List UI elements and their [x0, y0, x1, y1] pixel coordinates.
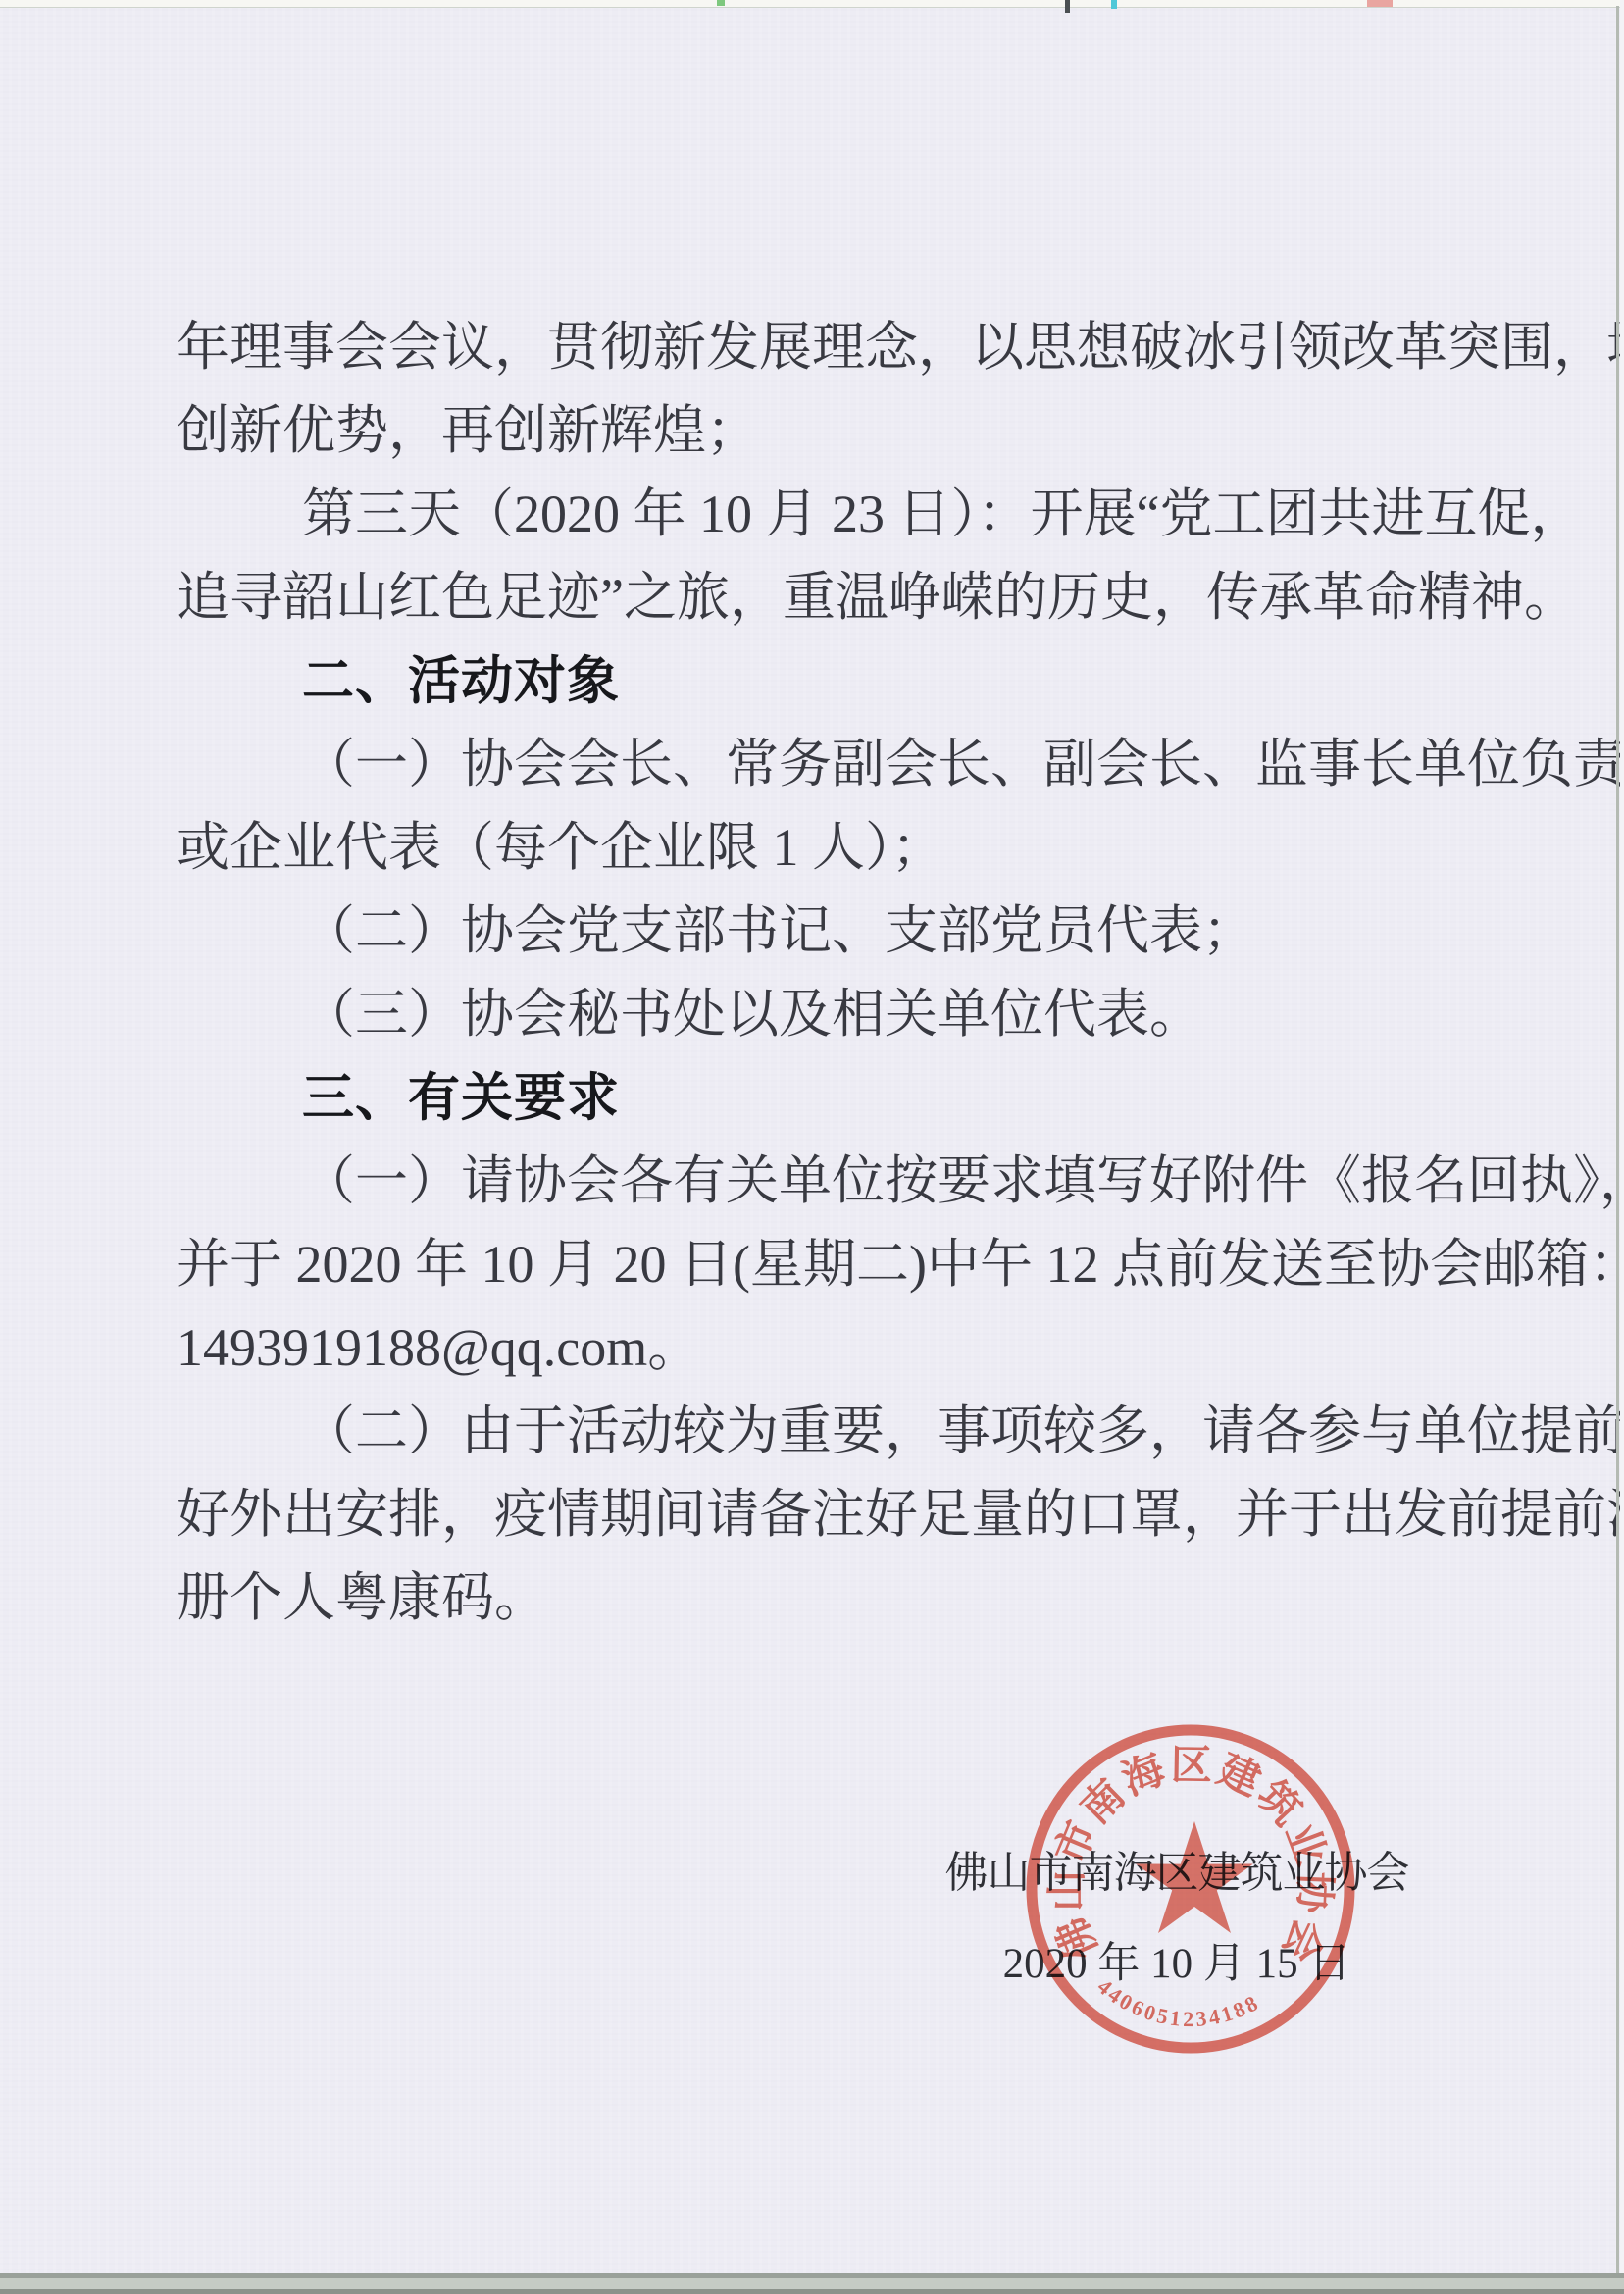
document-text-line: 第三天（2020 年 10 月 23 日）：开展“党工团共进互促，: [177, 473, 1461, 556]
document-text-line: 或企业代表（每个企业限 1 人）；: [177, 806, 1461, 890]
scan-artifact-top-band: [0, 0, 1624, 8]
scan-artifact-bottom-line: [0, 2273, 1624, 2278]
section-heading-activity-targets: 二、活动对象: [177, 639, 1461, 723]
document-text-line: （一）请协会各有关单位按要求填写好附件《报名回执》，: [177, 1140, 1461, 1223]
email-line: 1493919188@qq.com。: [177, 1306, 1461, 1390]
document-text-line: （三）协会秘书处以及相关单位代表。: [177, 973, 1461, 1056]
document-text-line: 创新优势，再创新辉煌；: [177, 389, 1461, 473]
document-text-line: （一）协会会长、常务副会长、副会长、监事长单位负责人: [177, 723, 1461, 806]
scan-artifact-dark-tick: [1065, 0, 1070, 13]
scan-artifact-bottom-band: [0, 2278, 1624, 2289]
seal-serial-number: 4406051234188: [1092, 1974, 1264, 2031]
official-seal: 佛山市南海区建筑业协会 4406051234188: [1004, 1703, 1377, 2075]
document-text-line: （二）协会党支部书记、支部党员代表；: [177, 890, 1461, 973]
section-heading-requirements: 三、有关要求: [177, 1056, 1461, 1140]
document-text-line: 册个人粤康码。: [177, 1556, 1461, 1640]
scan-artifact-cyan-tick: [1111, 0, 1117, 9]
document-text-line: 好外出安排，疫情期间请备注好足量的口罩，并于出发前提前注: [177, 1473, 1461, 1556]
document-body: 年理事会会议，贯彻新发展理念，以思想破冰引领改革突围，增 创新优势，再创新辉煌；…: [177, 306, 1461, 1640]
scan-artifact-green-tick: [717, 0, 725, 6]
document-text-line: 追寻韶山红色足迹”之旅，重温峥嵘的历史，传承革命精神。: [177, 556, 1461, 639]
document-text-line: （二）由于活动较为重要，事项较多，请各参与单位提前做: [177, 1390, 1461, 1473]
document-text-line: 并于 2020 年 10 月 20 日(星期二)中午 12 点前发送至协会邮箱：: [177, 1223, 1461, 1306]
scanned-document-page: 年理事会会议，贯彻新发展理念，以思想破冰引领改革突围，增 创新优势，再创新辉煌；…: [0, 0, 1624, 2294]
star-icon: [1136, 1821, 1253, 1933]
scan-artifact-red-smudge: [1367, 0, 1393, 7]
scan-artifact-bottom-edge: [0, 2289, 1624, 2294]
document-text-line: 年理事会会议，贯彻新发展理念，以思想破冰引领改革突围，增: [177, 306, 1461, 389]
